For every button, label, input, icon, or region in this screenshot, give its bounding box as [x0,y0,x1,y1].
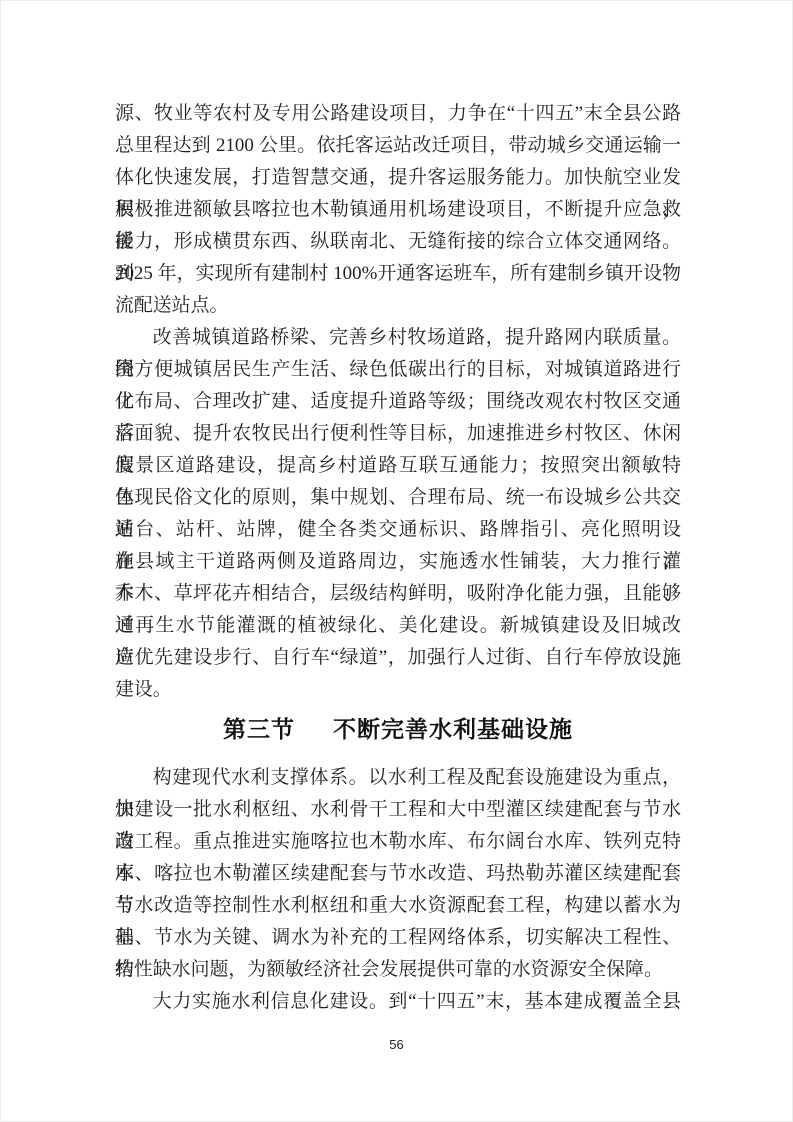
section-number: 第三节 [223,716,295,742]
page-footer: 56 [0,1036,793,1054]
text-line: 体化快速发展，打造智慧交通，提升客运服务能力。加快航空业发展， [115,162,681,194]
text-line: 造工程。重点推进实施喀拉也木勒水库、布尔阔台水库、铁列克特水 [115,826,681,858]
text-line: 能力，形成横贯东西、纵联南北、无缝衔接的综合立体交通网络。到 [115,226,681,258]
text-line: 假景区道路建设，提高乡村道路互联互通能力；按照突出额敏特色、 [115,450,681,482]
text-line: 在县域主干道路两侧及道路周边，实施透水性铺装，大力推行灌木、 [115,546,681,578]
text-line: 2025 年，实现所有建制村 100%开通客运班车，所有建制乡镇开设物 [115,258,681,290]
text-line: 础、节水为关键、调水为补充的工程网络体系，切实解决工程性、结 [115,922,681,954]
text-line: 乔木、草坪花卉相结合，层级结构鲜明，吸附净化能力强，且能够通 [115,578,681,610]
text-line: 积极推进额敏县喀拉也木勒镇通用机场建设项目，不断提升应急救援 [115,194,681,226]
paragraph: 大力实施水利信息化建设。到“十四五”末，基本建成覆盖全县 [115,986,681,1018]
text-line: 站台、站杆、站牌，健全各类交通标识、路牌指引、亮化照明设施； [115,514,681,546]
text-line: 化布局、合理改扩建、适度提升道路等级；围绕改观农村牧区交通落 [115,386,681,418]
text-line: 建设。 [115,674,681,706]
paragraph: 改善城镇道路桥梁、完善乡村牧场道路，提升路网内联质量。围绕方便城镇居民生产生活、… [115,322,681,706]
text-line: 总里程达到 2100 公里。依托客运站改迁项目，带动城乡交通运输一 [115,130,681,162]
text-line: 构建现代水利支撑体系。以水利工程及配套设施建设为重点，加 [115,762,681,794]
text-line: 源、牧业等农村及专用公路建设项目，力争在“十四五”末全县公路 [115,98,681,130]
text-line: 过再生水节能灌溉的植被绿化、美化建设。新城镇建设及旧城改造， [115,610,681,642]
document-page: 源、牧业等农村及专用公路建设项目，力争在“十四五”末全县公路总里程达到 2100… [0,0,793,1122]
text-line: 改善城镇道路桥梁、完善乡村牧场道路，提升路网内联质量。围 [115,322,681,354]
section-title: 不断完善水利基础设施 [333,716,573,742]
text-line: 库、喀拉也木勒灌区续建配套与节水改造、玛热勒苏灌区续建配套与 [115,858,681,890]
text-line: 节水改造等控制性水利枢纽和重大水资源配套工程，构建以蓄水为基 [115,890,681,922]
text-block: 源、牧业等农村及专用公路建设项目，力争在“十四五”末全县公路总里程达到 2100… [115,98,681,1018]
text-line: 体现民俗文化的原则，集中规划、合理布局、统一布设城乡公共交通 [115,482,681,514]
text-line: 流配送站点。 [115,290,681,322]
page-number: 56 [389,1037,403,1052]
text-line: 构性缺水问题，为额敏经济社会发展提供可靠的水资源安全保障。 [115,954,681,986]
text-line: 大力实施水利信息化建设。到“十四五”末，基本建成覆盖全县 [115,986,681,1018]
paragraph: 源、牧业等农村及专用公路建设项目，力争在“十四五”末全县公路总里程达到 2100… [115,98,681,322]
text-line: 后面貌、提升农牧民出行便利性等目标，加速推进乡村牧区、休闲度 [115,418,681,450]
section-heading: 第三节不断完善水利基础设施 [115,706,681,752]
text-line: 快建设一批水利枢纽、水利骨干工程和大中型灌区续建配套与节水改 [115,794,681,826]
text-line: 绕方便城镇居民生产生活、绿色低碳出行的目标，对城镇道路进行优 [115,354,681,386]
text-line: 应优先建设步行、自行车“绿道”，加强行人过街、自行车停放设施 [115,642,681,674]
paragraph: 构建现代水利支撑体系。以水利工程及配套设施建设为重点，加快建设一批水利枢纽、水利… [115,762,681,986]
